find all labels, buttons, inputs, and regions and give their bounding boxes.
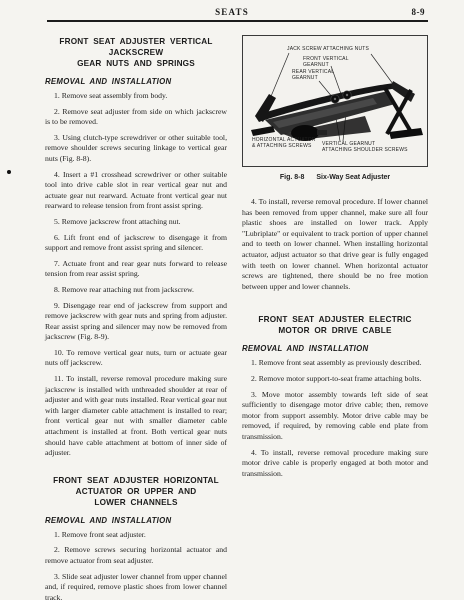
section1-step-3: 3. Using clutch-type screwdriver or othe… <box>45 133 227 165</box>
figure-8-8: JACK SCREW ATTACHING NUTS FRONT VERTICAL… <box>242 35 428 167</box>
page-number: 8-9 <box>412 7 426 17</box>
section3-title: FRONT SEAT ADJUSTER ELECTRIC MOTOR OR DR… <box>242 314 428 336</box>
callout-rear-vertical-gearnut: REAR VERTICAL GEARNUT <box>292 70 334 82</box>
header-rule <box>47 20 428 22</box>
page-header-title: SEATS <box>0 7 464 17</box>
section2-step-2: 2. Remove screws securing horizontal act… <box>45 545 227 566</box>
section3-step-3: 3. Move motor assembly towards left side… <box>242 390 428 443</box>
right-column: JACK SCREW ATTACHING NUTS FRONT VERTICAL… <box>242 35 428 479</box>
figure-caption: Fig. 8-8Six-Way Seat Adjuster <box>242 174 428 181</box>
manual-page: SEATS 8-9 FRONT SEAT ADJUSTER VERTICAL J… <box>0 0 464 600</box>
callout-horizontal-actuator: HORIZONTAL ACTUATOR & ATTACHING SCREWS <box>252 138 316 150</box>
section1-step-10: 10. To remove vertical gear nuts, turn o… <box>45 348 227 369</box>
figure-caption-text: Six-Way Seat Adjuster <box>316 174 390 181</box>
section2-subheading: REMOVAL AND INSTALLATION <box>45 516 227 525</box>
section1-step-1: 1. Remove seat assembly from body. <box>45 91 227 102</box>
section2-step-3: 3. Slide seat adjuster lower channel fro… <box>45 572 227 600</box>
section1-title: FRONT SEAT ADJUSTER VERTICAL JACKSCREW G… <box>45 36 227 69</box>
section3-step-1: 1. Remove front seat assembly as previou… <box>242 358 428 369</box>
section2-step-4-continued: 4. To install, reverse removal procedure… <box>242 197 428 292</box>
section3-step-4: 4. To install, reverse removal procedure… <box>242 448 428 480</box>
section2-title: FRONT SEAT ADJUSTER HORIZONTAL ACTUATOR … <box>45 475 227 508</box>
callout-vertical-gearnut-shoulder-screws: VERTICAL GEARNUT ATTACHING SHOULDER SCRE… <box>322 142 408 154</box>
section1-step-4: 4. Insert a #1 crosshead screwdriver or … <box>45 170 227 212</box>
section1-step-7: 7. Actuate front and rear gear nuts forw… <box>45 259 227 280</box>
callout-jack-screw-attaching-nuts: JACK SCREW ATTACHING NUTS <box>287 47 369 53</box>
section1-step-9: 9. Disengage rear end of jackscrew from … <box>45 301 227 343</box>
section1-step-6: 6. Lift front end of jackscrew to diseng… <box>45 233 227 254</box>
section1-subheading: REMOVAL AND INSTALLATION <box>45 77 227 86</box>
left-column: FRONT SEAT ADJUSTER VERTICAL JACKSCREW G… <box>45 30 227 600</box>
revision-marker-dot <box>7 170 11 174</box>
section1-step-5: 5. Remove jackscrew front attaching nut. <box>45 217 227 228</box>
section2-step-1: 1. Remove front seat adjuster. <box>45 530 227 541</box>
section3-step-2: 2. Remove motor support-to-seat frame at… <box>242 374 428 385</box>
section1-step-2: 2. Remove seat adjuster from side on whi… <box>45 107 227 128</box>
callout-front-vertical-gearnut: FRONT VERTICAL GEARNUT <box>303 57 349 69</box>
section3-subheading: REMOVAL AND INSTALLATION <box>242 344 428 353</box>
section1-step-11: 11. To install, reverse removal procedur… <box>45 374 227 459</box>
figure-caption-label: Fig. 8-8 <box>280 174 305 181</box>
section1-step-8: 8. Remove rear attaching nut from jacksc… <box>45 285 227 296</box>
